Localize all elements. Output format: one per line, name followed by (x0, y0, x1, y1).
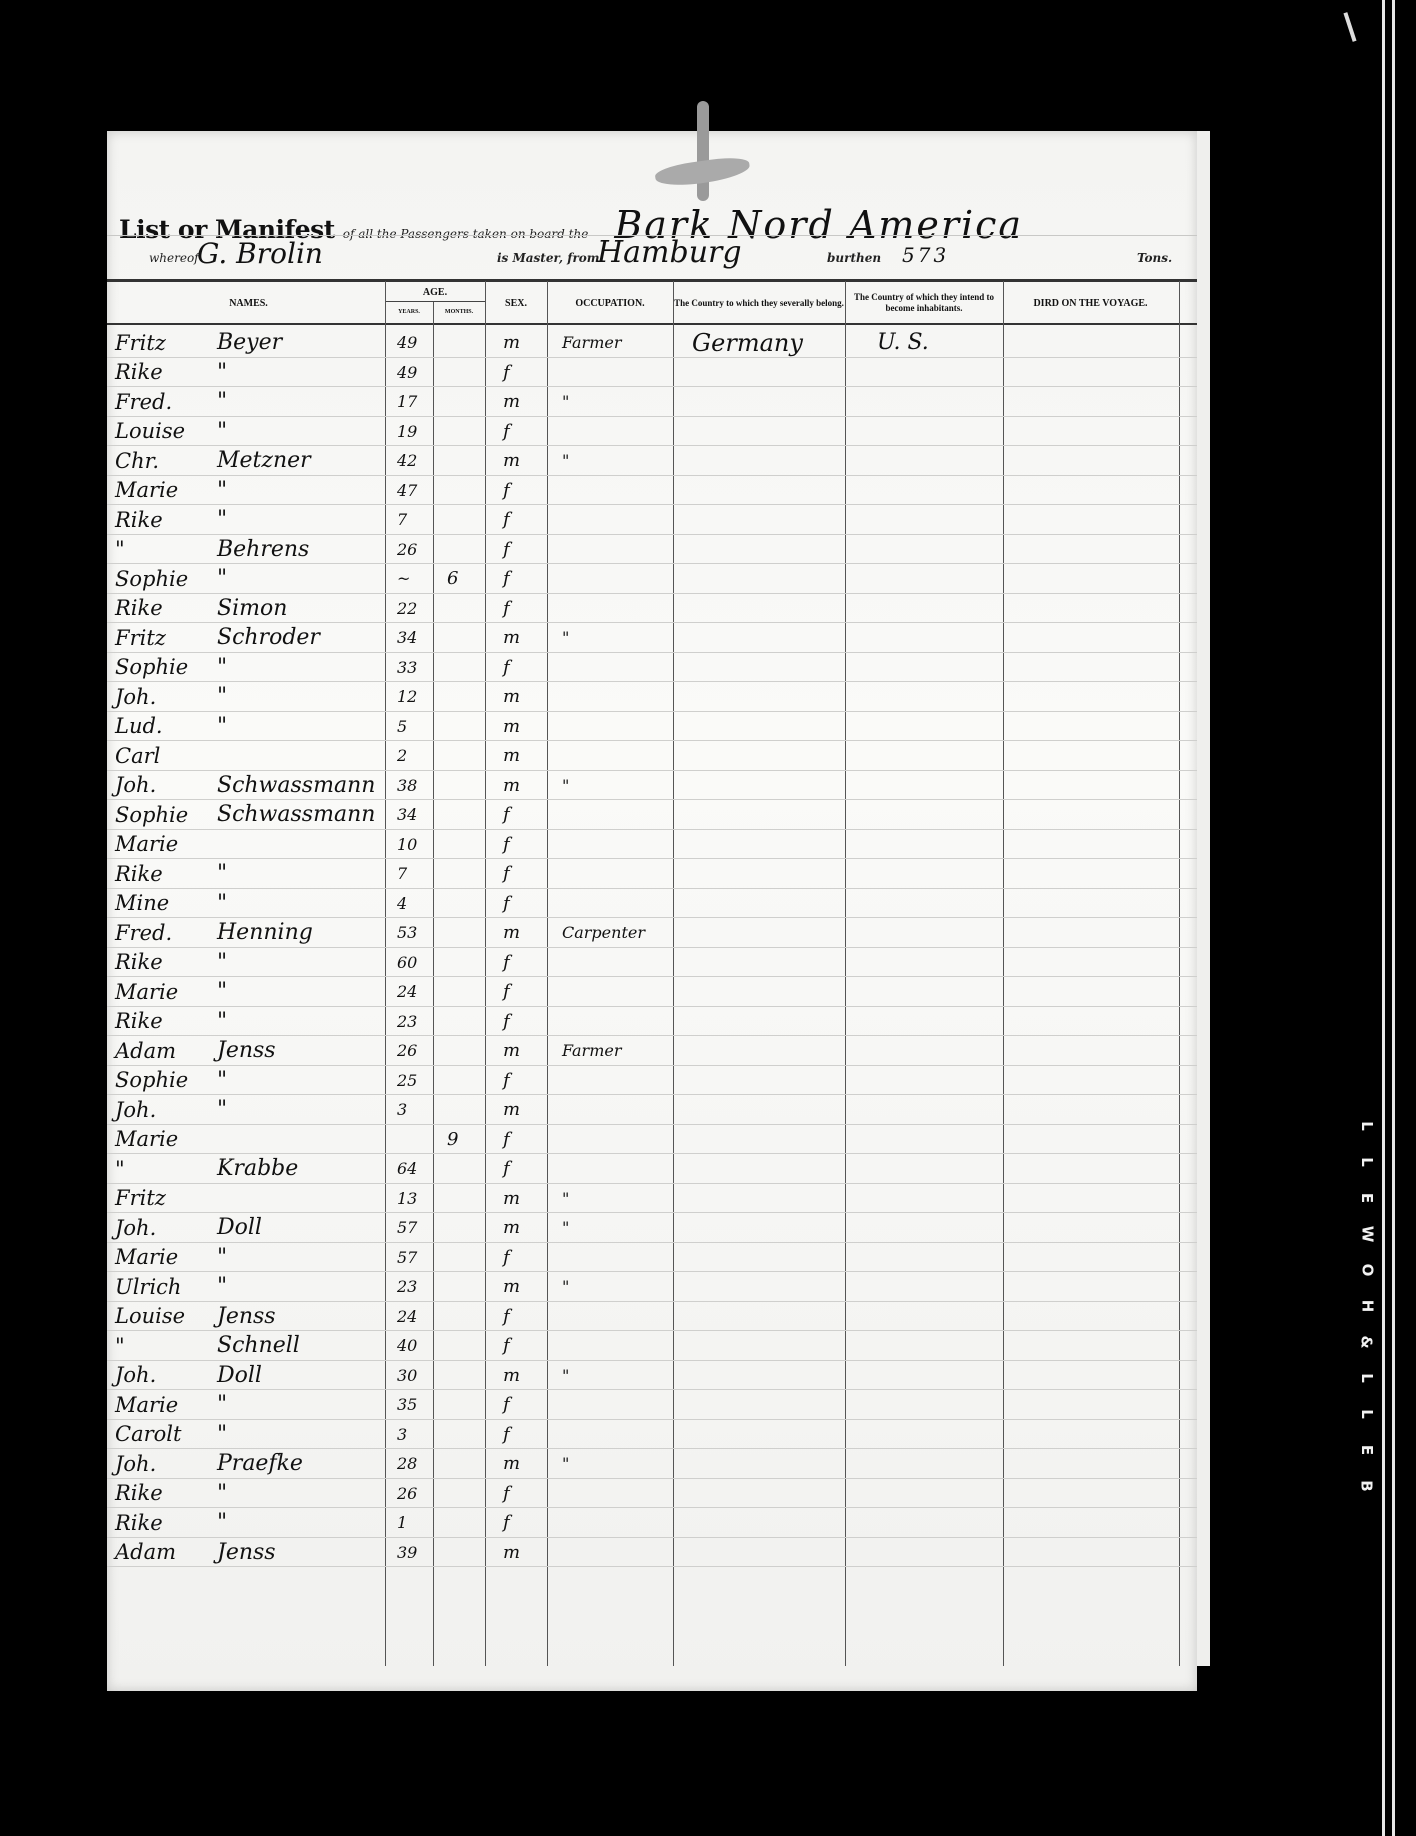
passenger-died (1017, 535, 1177, 564)
passenger-given-name: Rike (115, 505, 163, 534)
passenger-age-months (447, 1302, 481, 1331)
passenger-country-intend (877, 1331, 997, 1360)
passenger-row: Joh. " 12 m (107, 682, 1197, 712)
passenger-given-name: Louise (115, 1302, 185, 1331)
passenger-age-years: 23 (397, 1007, 431, 1036)
passenger-occupation (562, 830, 672, 859)
passenger-given-name: Marie (115, 977, 178, 1006)
passenger-surname: Schwassmann (217, 800, 375, 829)
passenger-given-name: " (115, 1154, 125, 1183)
passenger-row: Sophie Schwassmann 34 f (107, 800, 1197, 830)
passenger-sex: m (503, 682, 543, 711)
passenger-age-months (447, 1538, 481, 1567)
header-top-rule (107, 279, 1197, 282)
passenger-row: Louise Jenss 24 f (107, 1302, 1197, 1332)
passenger-died (1017, 505, 1177, 534)
passenger-age-years: 25 (397, 1066, 431, 1095)
passenger-given-name: Sophie (115, 564, 188, 593)
passenger-age-years: 57 (397, 1213, 431, 1242)
passenger-occupation (562, 1243, 672, 1272)
brand-letter: L (1356, 1409, 1378, 1419)
passenger-given-name: Marie (115, 1243, 178, 1272)
passenger-sex: m (503, 712, 543, 741)
passenger-died (1017, 623, 1177, 652)
passenger-row: Marie 10 f (107, 830, 1197, 860)
passenger-age-years: 64 (397, 1154, 431, 1183)
passenger-sex: m (503, 328, 543, 357)
passenger-given-name: Rike (115, 1508, 163, 1537)
brand-letter: L (1356, 1157, 1378, 1167)
passenger-given-name: Fred. (115, 387, 172, 416)
passenger-row: Joh. Praefke 28 m " (107, 1449, 1197, 1479)
passenger-country-belong (692, 358, 842, 387)
passenger-country-belong (692, 1331, 842, 1360)
passenger-sex: f (503, 1125, 543, 1154)
passenger-age-years: 39 (397, 1538, 431, 1567)
passenger-row: " Schnell 40 f (107, 1331, 1197, 1361)
passenger-country-intend (877, 1184, 997, 1213)
passenger-country-belong (692, 1213, 842, 1242)
passenger-given-name: Rike (115, 1479, 163, 1508)
passenger-age-months (447, 358, 481, 387)
passenger-died (1017, 1361, 1177, 1390)
passenger-age-months (447, 1449, 481, 1478)
passenger-row: Joh. Schwassmann 38 m " (107, 771, 1197, 801)
passenger-country-belong: Germany (692, 328, 842, 357)
passenger-surname: Schnell (217, 1331, 300, 1360)
passenger-died (1017, 1154, 1177, 1183)
passenger-country-intend (877, 1154, 997, 1183)
passenger-surname: " (217, 889, 227, 918)
passenger-age-years: 35 (397, 1390, 431, 1419)
passenger-given-name: Adam (115, 1538, 176, 1567)
passenger-age-years: 26 (397, 1036, 431, 1065)
passenger-died (1017, 1184, 1177, 1213)
passenger-died (1017, 830, 1177, 859)
passenger-country-intend (877, 1479, 997, 1508)
passenger-country-intend (877, 446, 997, 475)
passenger-age-years: 40 (397, 1331, 431, 1360)
passenger-row: Carolt " 3 f (107, 1420, 1197, 1450)
passenger-surname: Krabbe (217, 1154, 298, 1183)
passenger-died (1017, 387, 1177, 416)
passenger-age-years: 1 (397, 1508, 431, 1537)
passenger-occupation (562, 859, 672, 888)
passenger-age-months (447, 682, 481, 711)
passenger-occupation: " (562, 1213, 672, 1242)
passenger-died (1017, 1272, 1177, 1301)
passenger-given-name: Rike (115, 1007, 163, 1036)
passenger-country-belong (692, 623, 842, 652)
passenger-country-intend (877, 889, 997, 918)
passenger-country-intend (877, 564, 997, 593)
passenger-country-belong (692, 1125, 842, 1154)
passenger-given-name: Marie (115, 830, 178, 859)
passenger-surname: " (217, 1508, 227, 1537)
passenger-age-months (447, 1479, 481, 1508)
col-header-died: DIRD ON THE VOYAGE. (1003, 283, 1178, 323)
passenger-occupation (562, 1125, 672, 1154)
manifest-page: List or Manifest of all the Passengers t… (107, 131, 1197, 1691)
passenger-country-belong (692, 535, 842, 564)
passenger-country-intend (877, 1302, 997, 1331)
passenger-given-name: Sophie (115, 1066, 188, 1095)
passenger-age-months (447, 446, 481, 475)
master-name: G. Brolin (197, 237, 323, 270)
passenger-died (1017, 358, 1177, 387)
passenger-sex: f (503, 1390, 543, 1419)
passenger-age-years: 42 (397, 446, 431, 475)
passenger-country-belong (692, 1154, 842, 1183)
passenger-country-belong (692, 1420, 842, 1449)
passenger-died (1017, 1390, 1177, 1419)
passenger-died (1017, 741, 1177, 770)
passenger-age-months (447, 771, 481, 800)
passenger-country-intend: U. S. (877, 328, 997, 357)
passenger-given-name: Carl (115, 741, 160, 770)
passenger-died (1017, 1243, 1177, 1272)
passenger-age-months (447, 1154, 481, 1183)
passenger-age-years: 19 (397, 417, 431, 446)
passenger-age-years: 26 (397, 1479, 431, 1508)
passenger-row: Fred. Henning 53 m Carpenter (107, 918, 1197, 948)
passenger-age-months (447, 1066, 481, 1095)
passenger-age-months (447, 918, 481, 947)
passenger-died (1017, 446, 1177, 475)
passenger-age-years: 49 (397, 328, 431, 357)
passenger-country-belong (692, 771, 842, 800)
passenger-surname: " (217, 564, 227, 593)
passenger-given-name: Marie (115, 476, 178, 505)
passenger-occupation (562, 535, 672, 564)
passenger-age-years: ~ (397, 564, 431, 593)
passenger-given-name: Lud. (115, 712, 163, 741)
passenger-surname: " (217, 712, 227, 741)
passenger-surname: " (217, 1007, 227, 1036)
passenger-died (1017, 1449, 1177, 1478)
passenger-row: Joh. Doll 57 m " (107, 1213, 1197, 1243)
passenger-sex: f (503, 476, 543, 505)
passenger-occupation: " (562, 1449, 672, 1478)
passenger-given-name: Fred. (115, 918, 172, 947)
passenger-occupation (562, 1095, 672, 1124)
passenger-given-name: Sophie (115, 800, 188, 829)
passenger-country-belong (692, 682, 842, 711)
passenger-occupation (562, 1420, 672, 1449)
passenger-age-years: 26 (397, 535, 431, 564)
passenger-country-intend (877, 1125, 997, 1154)
passenger-died (1017, 1125, 1177, 1154)
passenger-died (1017, 653, 1177, 682)
passenger-age-years: 5 (397, 712, 431, 741)
passenger-given-name: Adam (115, 1036, 176, 1065)
passenger-row: Fritz Beyer 49 m Farmer Germany U. S. (107, 328, 1197, 358)
passenger-country-belong (692, 653, 842, 682)
master-line: whereof G. Brolin is Master, from Hambur… (107, 239, 1192, 275)
passenger-occupation (562, 889, 672, 918)
passenger-given-name: Joh. (115, 1361, 156, 1390)
passenger-country-intend (877, 1508, 997, 1537)
passenger-died (1017, 328, 1177, 357)
passenger-given-name: " (115, 1331, 125, 1360)
passenger-surname: " (217, 1095, 227, 1124)
passenger-occupation: " (562, 623, 672, 652)
passenger-occupation: " (562, 387, 672, 416)
passenger-age-months (447, 476, 481, 505)
passenger-country-belong (692, 446, 842, 475)
passenger-died (1017, 889, 1177, 918)
passenger-died (1017, 918, 1177, 947)
passenger-sex: f (503, 1479, 543, 1508)
passenger-surname: " (217, 1420, 227, 1449)
passenger-row: Louise " 19 f (107, 417, 1197, 447)
passenger-sex: f (503, 1302, 543, 1331)
passenger-surname: " (217, 1272, 227, 1301)
film-scratch (1343, 12, 1356, 42)
passenger-row: Sophie " 33 f (107, 653, 1197, 683)
passenger-age-months (447, 977, 481, 1006)
passenger-age-years: 7 (397, 505, 431, 534)
passenger-country-belong (692, 1036, 842, 1065)
brand-letter: L (1356, 1121, 1378, 1131)
passenger-given-name: Fritz (115, 328, 166, 357)
passenger-row: Marie 9 f (107, 1125, 1197, 1155)
passenger-died (1017, 1420, 1177, 1449)
passenger-died (1017, 1302, 1177, 1331)
passenger-occupation (562, 417, 672, 446)
passenger-country-intend (877, 1007, 997, 1036)
passenger-row: Rike " 7 f (107, 505, 1197, 535)
passenger-surname: Schroder (217, 623, 320, 652)
passenger-age-months (447, 1095, 481, 1124)
passenger-occupation (562, 1479, 672, 1508)
passenger-country-intend (877, 1066, 997, 1095)
passenger-died (1017, 1479, 1177, 1508)
passenger-age-years: 28 (397, 1449, 431, 1478)
passenger-country-intend (877, 417, 997, 446)
passenger-sex: f (503, 417, 543, 446)
passenger-surname: Schwassmann (217, 771, 375, 800)
passenger-country-intend (877, 1538, 997, 1567)
passenger-age-months (447, 387, 481, 416)
passenger-occupation: " (562, 446, 672, 475)
passenger-surname: Simon (217, 594, 287, 623)
passenger-died (1017, 417, 1177, 446)
passenger-row: Mine " 4 f (107, 889, 1197, 919)
passenger-occupation (562, 476, 672, 505)
passenger-surname: " (217, 387, 227, 416)
passenger-age-months (447, 1508, 481, 1537)
passenger-country-belong (692, 889, 842, 918)
passenger-row: Marie " 35 f (107, 1390, 1197, 1420)
passenger-given-name: " (115, 535, 125, 564)
passenger-surname: " (217, 1243, 227, 1272)
passenger-given-name: Joh. (115, 1449, 156, 1478)
passenger-row: Sophie " ~ 6 f (107, 564, 1197, 594)
passenger-occupation (562, 741, 672, 770)
passenger-occupation (562, 712, 672, 741)
passenger-row: Lud. " 5 m (107, 712, 1197, 742)
passenger-sex: f (503, 653, 543, 682)
passenger-surname: " (217, 859, 227, 888)
passenger-country-intend (877, 1390, 997, 1419)
passenger-country-intend (877, 712, 997, 741)
passenger-given-name: Fritz (115, 1184, 166, 1213)
passenger-age-years: 34 (397, 623, 431, 652)
passenger-sex: m (503, 1272, 543, 1301)
passenger-given-name: Marie (115, 1125, 178, 1154)
passenger-age-months (447, 1390, 481, 1419)
passenger-occupation (562, 564, 672, 593)
passenger-age-years: 38 (397, 771, 431, 800)
passenger-sex: m (503, 623, 543, 652)
passenger-country-belong (692, 1390, 842, 1419)
passenger-country-belong (692, 800, 842, 829)
passenger-age-months (447, 1272, 481, 1301)
passenger-country-intend (877, 358, 997, 387)
passenger-given-name: Ulrich (115, 1272, 181, 1301)
passenger-country-belong (692, 1184, 842, 1213)
passenger-country-belong (692, 1361, 842, 1390)
passenger-row: Sophie " 25 f (107, 1066, 1197, 1096)
passenger-sex: m (503, 1449, 543, 1478)
passenger-country-intend (877, 1272, 997, 1301)
passenger-country-belong (692, 1508, 842, 1537)
passenger-country-intend (877, 830, 997, 859)
passenger-country-intend (877, 594, 997, 623)
passenger-country-intend (877, 948, 997, 977)
passenger-row: Adam Jenss 39 m (107, 1538, 1197, 1568)
passenger-surname: " (217, 682, 227, 711)
passenger-age-years: 24 (397, 1302, 431, 1331)
passenger-country-belong (692, 977, 842, 1006)
passenger-given-name: Marie (115, 1390, 178, 1419)
col-header-years: YEARS. (385, 302, 434, 323)
passenger-country-intend (877, 1213, 997, 1242)
passenger-country-belong (692, 741, 842, 770)
passenger-surname: Metzner (217, 446, 311, 475)
passenger-occupation (562, 800, 672, 829)
passenger-occupation (562, 1066, 672, 1095)
passenger-age-months (447, 741, 481, 770)
row-rule (107, 1566, 1197, 1567)
film-edge-line (1382, 0, 1385, 1836)
passenger-age-months (447, 830, 481, 859)
col-header-country-intend: The Country of which they intend to beco… (845, 283, 1004, 323)
passenger-age-months: 6 (447, 564, 481, 593)
passenger-surname: " (217, 505, 227, 534)
passenger-row: Chr. Metzner 42 m " (107, 446, 1197, 476)
passenger-country-belong (692, 1449, 842, 1478)
passenger-age-months: 9 (447, 1125, 481, 1154)
page-edge (1197, 131, 1210, 1666)
passenger-died (1017, 977, 1177, 1006)
passenger-sex: m (503, 1095, 543, 1124)
passenger-died (1017, 1213, 1177, 1242)
passenger-country-belong (692, 948, 842, 977)
passenger-occupation (562, 505, 672, 534)
passenger-age-months (447, 653, 481, 682)
passenger-occupation (562, 948, 672, 977)
binding-ribbon (697, 101, 709, 201)
passenger-occupation (562, 682, 672, 711)
passenger-country-belong (692, 830, 842, 859)
tons-label: Tons. (1137, 251, 1172, 265)
passenger-sex: f (503, 535, 543, 564)
col-header-country-belong: The Country to which they severally belo… (673, 283, 846, 323)
passenger-age-years: 34 (397, 800, 431, 829)
passenger-died (1017, 712, 1177, 741)
passenger-row: " Krabbe 64 f (107, 1154, 1197, 1184)
passenger-surname: " (217, 977, 227, 1006)
burthen-value: 573 (902, 243, 949, 267)
passenger-occupation (562, 1390, 672, 1419)
passenger-country-belong (692, 859, 842, 888)
passenger-age-months (447, 505, 481, 534)
passenger-sex: m (503, 1213, 543, 1242)
passenger-died (1017, 1095, 1177, 1124)
passenger-sex: f (503, 1066, 543, 1095)
passenger-row: Rike " 60 f (107, 948, 1197, 978)
passenger-row: Ulrich " 23 m " (107, 1272, 1197, 1302)
passenger-surname: Jenss (217, 1036, 276, 1065)
passenger-row: Fritz 13 m " (107, 1184, 1197, 1214)
passenger-age-months (447, 594, 481, 623)
passenger-age-years: 53 (397, 918, 431, 947)
passenger-died (1017, 564, 1177, 593)
passenger-died (1017, 859, 1177, 888)
passenger-age-years (397, 1125, 431, 1154)
passenger-occupation (562, 653, 672, 682)
passenger-age-months (447, 1007, 481, 1036)
passenger-age-years: 17 (397, 387, 431, 416)
passenger-country-belong (692, 1302, 842, 1331)
passenger-occupation (562, 358, 672, 387)
passenger-age-months (447, 800, 481, 829)
passenger-age-years: 4 (397, 889, 431, 918)
passenger-given-name: Rike (115, 594, 163, 623)
passenger-age-years: 49 (397, 358, 431, 387)
passenger-surname: " (217, 358, 227, 387)
passenger-age-years: 60 (397, 948, 431, 977)
passenger-age-months (447, 1361, 481, 1390)
passenger-sex: f (503, 800, 543, 829)
passenger-country-intend (877, 387, 997, 416)
passenger-country-belong (692, 417, 842, 446)
passenger-sex: f (503, 1243, 543, 1272)
passenger-occupation (562, 1538, 672, 1567)
passenger-surname: Beyer (217, 328, 282, 357)
passenger-given-name: Rike (115, 358, 163, 387)
passenger-row: Marie " 24 f (107, 977, 1197, 1007)
passenger-surname: " (217, 417, 227, 446)
passenger-sex: m (503, 1184, 543, 1213)
passenger-country-intend (877, 535, 997, 564)
passenger-age-years: 22 (397, 594, 431, 623)
passenger-given-name: Rike (115, 859, 163, 888)
passenger-given-name: Carolt (115, 1420, 181, 1449)
brand-letter: O (1356, 1264, 1378, 1277)
passenger-occupation: " (562, 771, 672, 800)
passenger-country-intend (877, 800, 997, 829)
passenger-row: " Behrens 26 f (107, 535, 1197, 565)
passenger-country-belong (692, 918, 842, 947)
passenger-given-name: Fritz (115, 623, 166, 652)
passenger-sex: m (503, 1538, 543, 1567)
passenger-country-intend (877, 859, 997, 888)
passenger-country-intend (877, 771, 997, 800)
passenger-age-months (447, 1243, 481, 1272)
